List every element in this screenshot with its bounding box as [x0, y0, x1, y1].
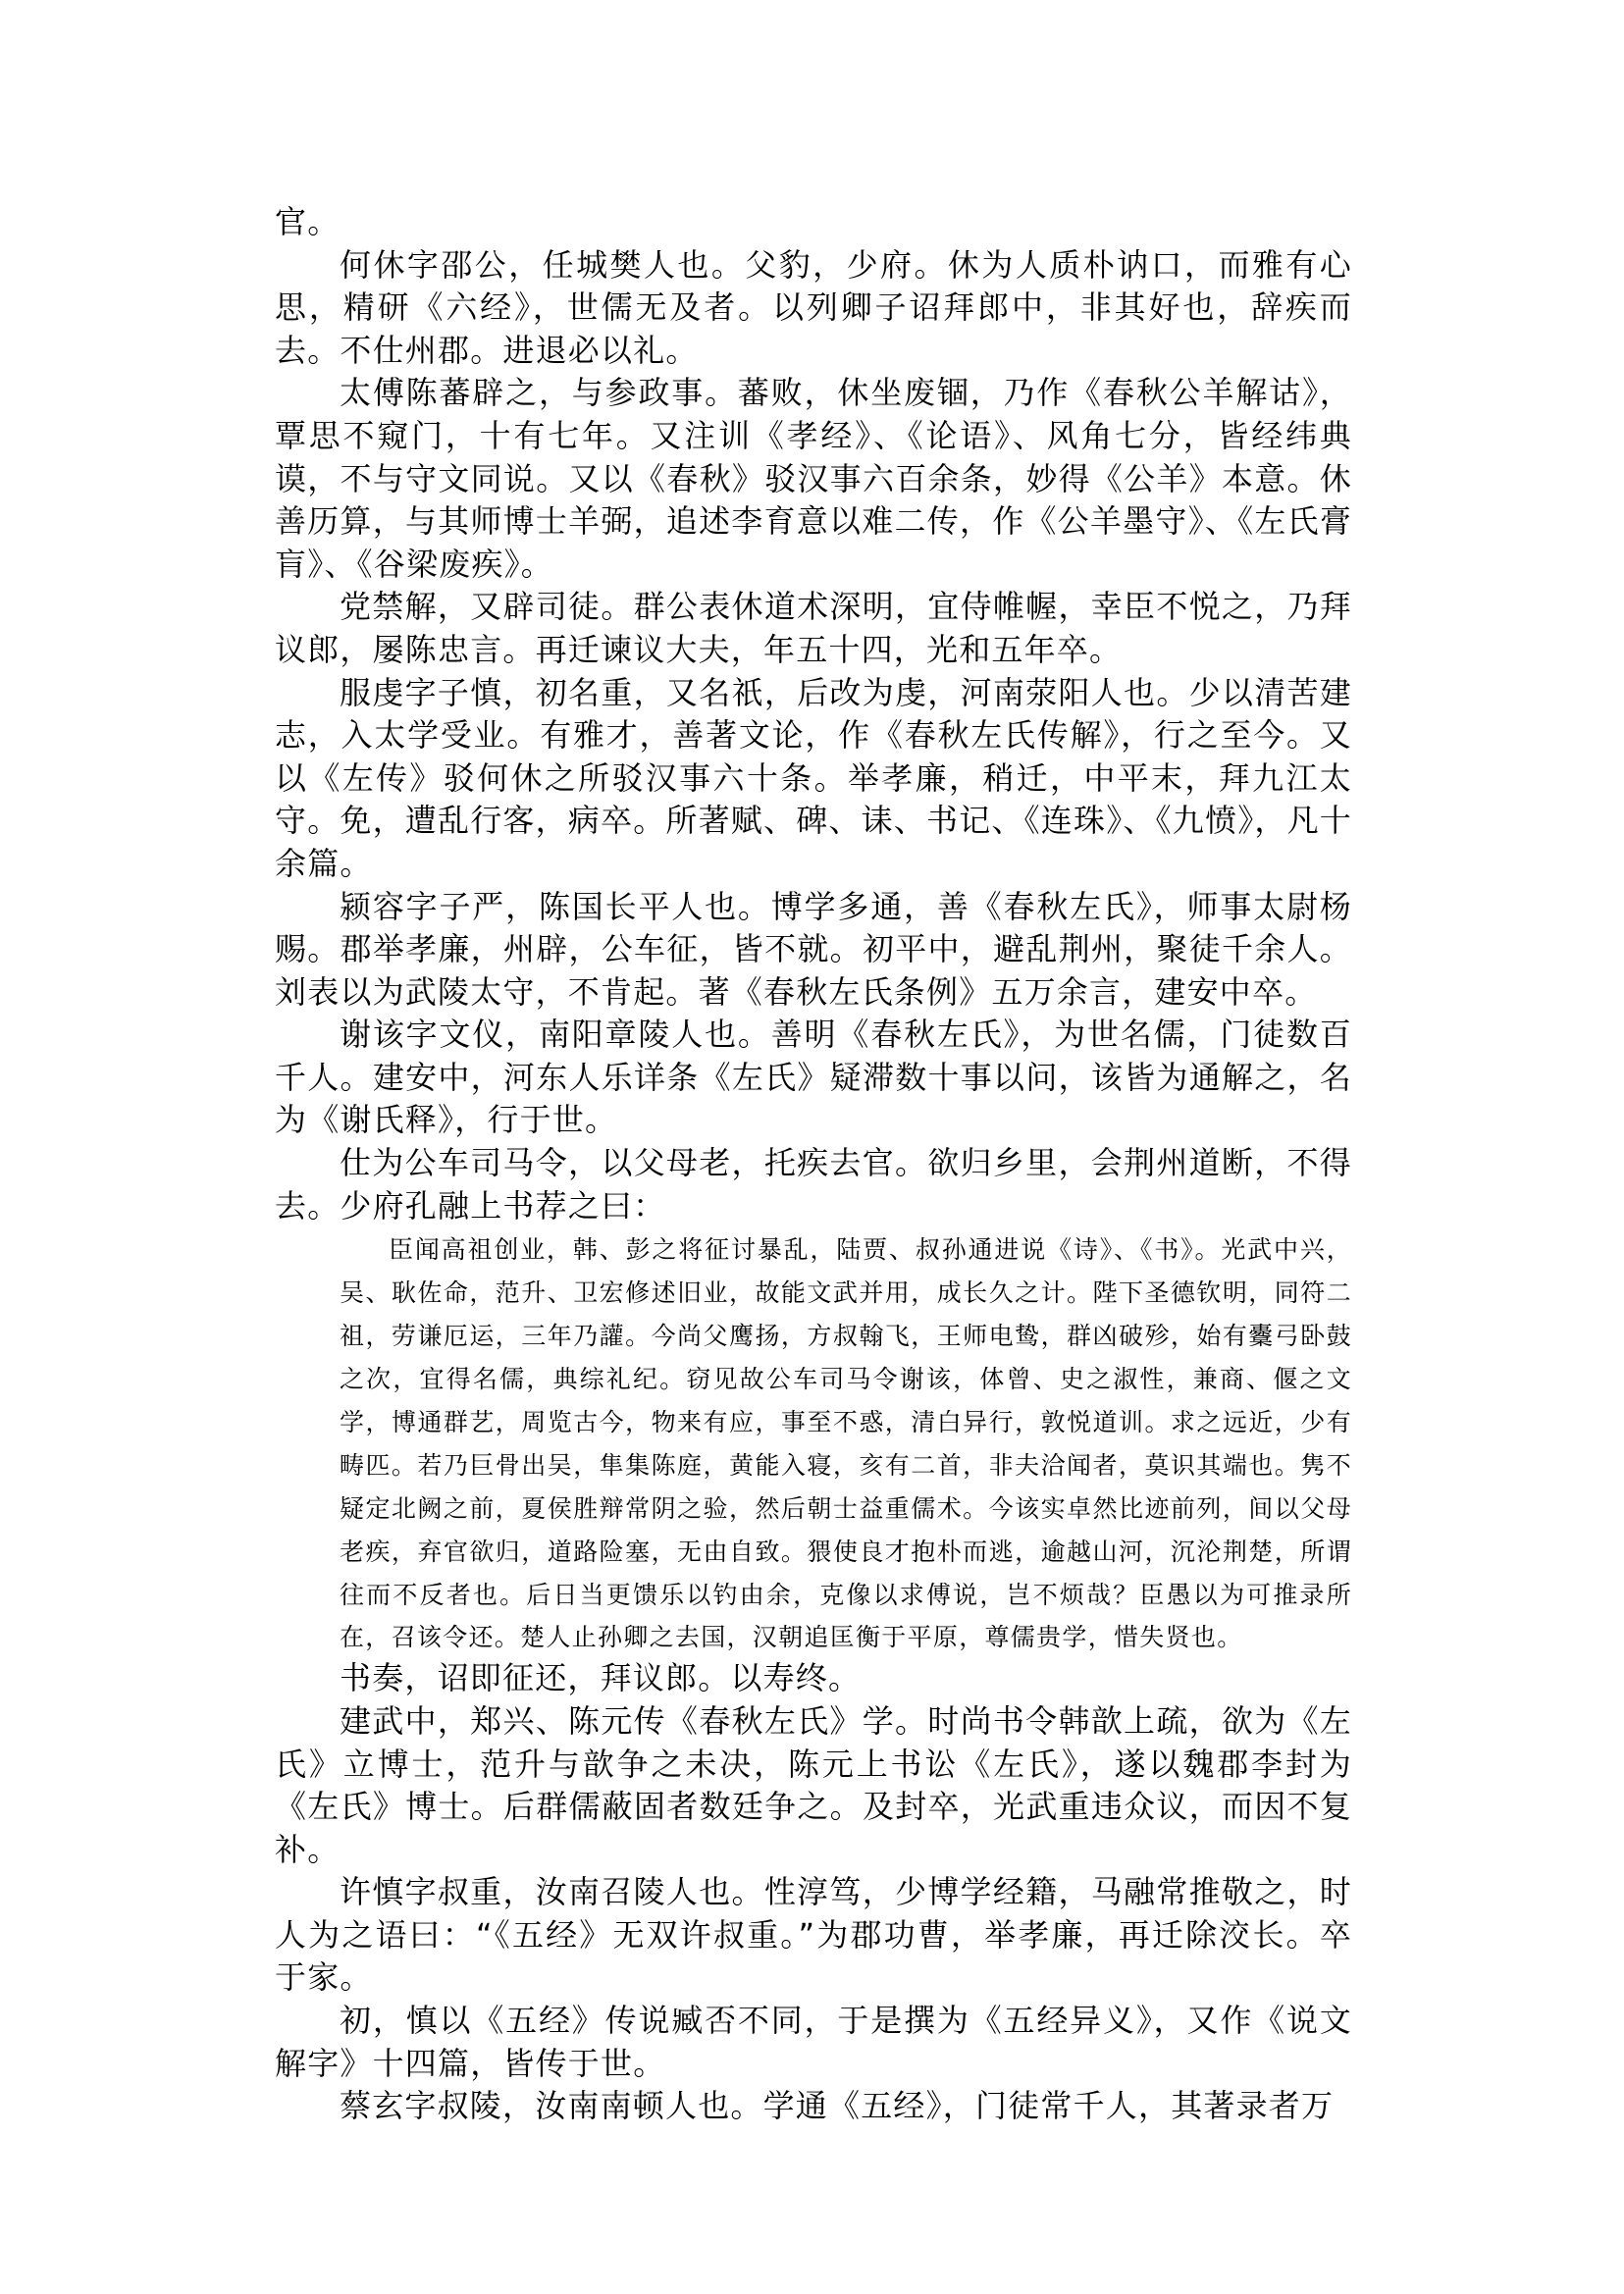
- document-page: 官。 何休字邵公，任城樊人也。父豹，少府。休为人质朴讷口，而雅有心思，精研《六经…: [275, 201, 1352, 2128]
- paragraph-shuo-wen: 初，慎以《五经》传说臧否不同，于是撰为《五经异义》，又作《说文解字》十四篇，皆传…: [275, 2000, 1352, 2085]
- paragraph-ying-rong: 颍容字子严，陈国长平人也。博学多通，善《春秋左氏》，师事太尉杨赐。郡举孝廉，州辟…: [275, 886, 1352, 1015]
- block-quote-memorial: 臣闻高祖创业，韩、彭之将征讨暴乱，陆贾、叔孙通进说《诗》、《书》。光武中兴，吴、…: [340, 1228, 1352, 1659]
- paragraph-kong-rong-intro: 仕为公车司马令，以父母老，托疾去官。欲归乡里，会荆州道断，不得去。少府孔融上书荐…: [275, 1142, 1352, 1227]
- paragraph-shu-zou: 书奏，诏即征还，拜议郎。以寿终。: [275, 1657, 1352, 1700]
- paragraph-chen-fan: 太傅陈蕃辟之，与参政事。蕃败，休坐废锢，乃作《春秋公羊解诂》，覃思不窥门，十有七…: [275, 372, 1352, 586]
- paragraph-xie-gai: 谢该字文仪，南阳章陵人也。善明《春秋左氏》，为世名儒，门徒数百千人。建安中，河东…: [275, 1014, 1352, 1142]
- paragraph-xu-shen: 许慎字叔重，汝南召陵人也。性淳笃，少博学经籍，马融常推敬之，时人为之语曰：“《五…: [275, 1871, 1352, 2000]
- paragraph-dang-jin: 党禁解，又辟司徒。群公表休道术深明，宜侍帷幄，幸臣不悦之，乃拜议郎，屡陈忠言。再…: [275, 586, 1352, 671]
- paragraph-continuation: 官。: [275, 201, 1352, 244]
- paragraph-cai-xuan: 蔡玄字叔陵，汝南南顿人也。学通《五经》，门徒常千人，其著录者万: [275, 2085, 1352, 2128]
- paragraph-fu-qian: 服虔字子慎，初名重，又名祇，后改为虔，河南荥阳人也。少以清苦建志，入太学受业。有…: [275, 672, 1352, 886]
- paragraph-he-xiu: 何休字邵公，任城樊人也。父豹，少府。休为人质朴讷口，而雅有心思，精研《六经》，世…: [275, 244, 1352, 373]
- paragraph-jian-wu: 建武中，郑兴、陈元传《春秋左氏》学。时尚书令韩歆上疏，欲为《左氏》立博士，范升与…: [275, 1700, 1352, 1871]
